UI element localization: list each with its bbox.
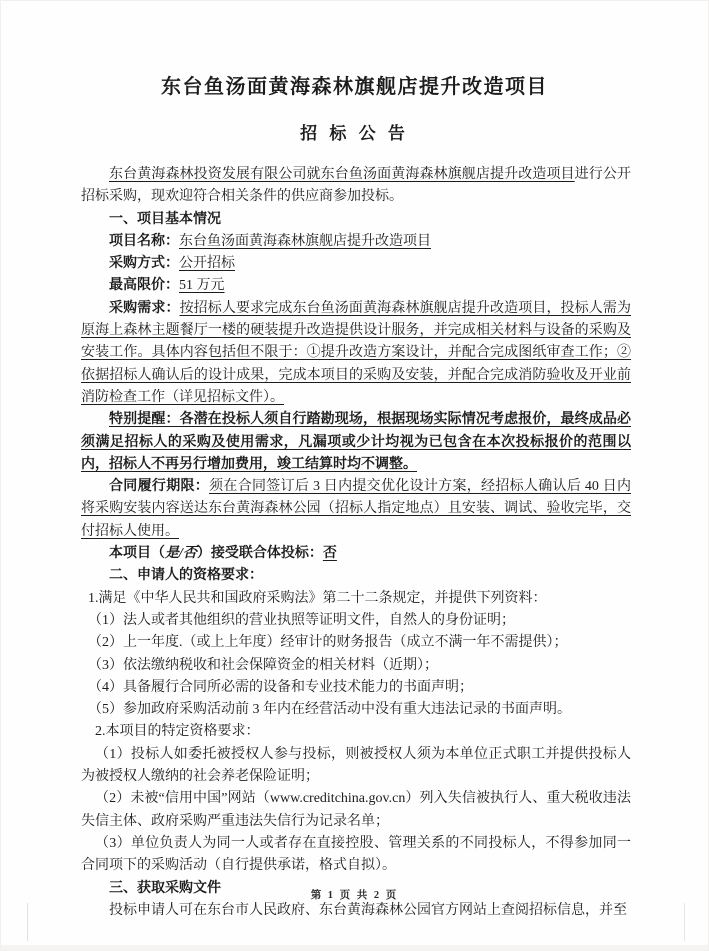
field-procurement-method: 采购方式：公开招标 (81, 253, 631, 275)
specific-qualifications-intro: 2.本项目的特定资格要求： (81, 721, 631, 743)
specific-item-1: （1）投标人如委托被授权人参与投标，则被授权人须为本单位正式职工并提供投标人为被… (81, 744, 631, 789)
joint-bid-line: 本项目（是/否）接受联合体投标：否 (81, 543, 631, 565)
special-notice-label: 特别提醒： (109, 412, 180, 427)
joint-bid-answer: 否 (323, 546, 343, 561)
section-2-heading: 二、申请人的资格要求： (81, 565, 631, 587)
method-value: 公开招标 (179, 256, 241, 271)
demand-label: 采购需求： (109, 301, 180, 316)
general-item-1: （1）法人或者其他组织的营业执照等证明文件，自然人的身份证明； (81, 610, 631, 632)
general-item-4: （4）具备履行合同所必需的设备和专业技术能力的书面声明； (81, 677, 631, 699)
field-procurement-demand: 采购需求：按招标人要求完成东台鱼汤面黄海森林旗舰店提升改造项目，投标人需为原海上… (81, 298, 631, 409)
scan-artifact-left (27, 903, 28, 941)
scan-artifact-right (684, 903, 685, 941)
scan-artifact-bottom (1, 945, 708, 950)
special-notice-text: 特别提醒：各潜在投标人须自行踏勘现场，根据现场实际情况考虑报价，最终成品必须满足… (81, 412, 631, 472)
general-item-3: （3）依法缴纳税收和社会保障资金的相关材料（近期）； (81, 655, 631, 677)
specific-item-2: （2）未被“信用中国”网站（www.creditchina.gov.cn）列入失… (81, 788, 631, 833)
field-contract-term: 合同履行期限：须在合同签订后 3 日内提交优化设计方案，经招标人确认后 40 日… (81, 476, 631, 543)
price-label: 最高限价： (109, 278, 179, 293)
obtain-docs-paragraph: 投标申请人可在东台市人民政府、东台黄海森林公园官方网站上查阅招标信息，并至 (81, 900, 631, 922)
announcement-heading: 招 标 公 告 (81, 122, 628, 146)
general-item-2: （2）上一年度.（或上上年度）经审计的财务报告（成立不满一年不需提供）； (81, 632, 631, 654)
section-1-heading: 一、项目基本情况 (81, 209, 631, 231)
method-label: 采购方式： (109, 256, 179, 271)
document-body: 东台黄海森林投资发展有限公司就东台鱼汤面黄海森林旗舰店提升改造项目进行公开招标采… (81, 164, 631, 922)
contract-term-label: 合同履行期限： (109, 479, 209, 494)
demand-value: 按招标人要求完成东台鱼汤面黄海森林旗舰店提升改造项目，投标人需为原海上森林主题餐… (81, 301, 631, 405)
general-item-5: （5）参加政府采购活动前 3 年内在经营活动中没有重大违法记录的书面声明。 (81, 699, 631, 721)
special-notice-paragraph: 特别提醒：各潜在投标人须自行踏勘现场，根据现场实际情况考虑报价，最终成品必须满足… (81, 409, 631, 476)
page-number: 第 1 页 共 2 页 (1, 887, 708, 902)
intro-paragraph: 东台黄海森林投资发展有限公司就东台鱼汤面黄海森林旗舰店提升改造项目进行公开招标采… (81, 164, 631, 209)
field-project-name: 项目名称：东台鱼汤面黄海森林旗舰店提升改造项目 (81, 231, 631, 253)
field-price-limit: 最高限价：51 万元 (81, 275, 631, 297)
project-name-value: 东台鱼汤面黄海森林旗舰店提升改造项目 (179, 234, 437, 249)
specific-item-3: （3）单位负责人为同一人或者存在直接控股、管理关系的不同投标人，不得参加同一合同… (81, 833, 631, 878)
joint-bid-prefix: 本项目（ (109, 546, 165, 561)
document-page: 东台鱼汤面黄海森林旗舰店提升改造项目 招 标 公 告 东台黄海森林投资发展有限公… (0, 0, 709, 951)
price-value: 51 万元 (179, 278, 231, 293)
joint-bid-suffix: ）接受联合体投标： (197, 546, 323, 561)
document-title: 东台鱼汤面黄海森林旗舰店提升改造项目 (81, 73, 628, 101)
intro-underlined-names: 东台黄海森林投资发展有限公司就东台鱼汤面黄海森林旗舰店提升改造项目 (109, 167, 575, 182)
general-qualifications-intro: 1.满足《中华人民共和国政府采购法》第二十二条规定，并提供下列资料： (81, 588, 631, 610)
project-name-label: 项目名称： (109, 234, 179, 249)
joint-bid-options: 是/否 (165, 546, 197, 561)
